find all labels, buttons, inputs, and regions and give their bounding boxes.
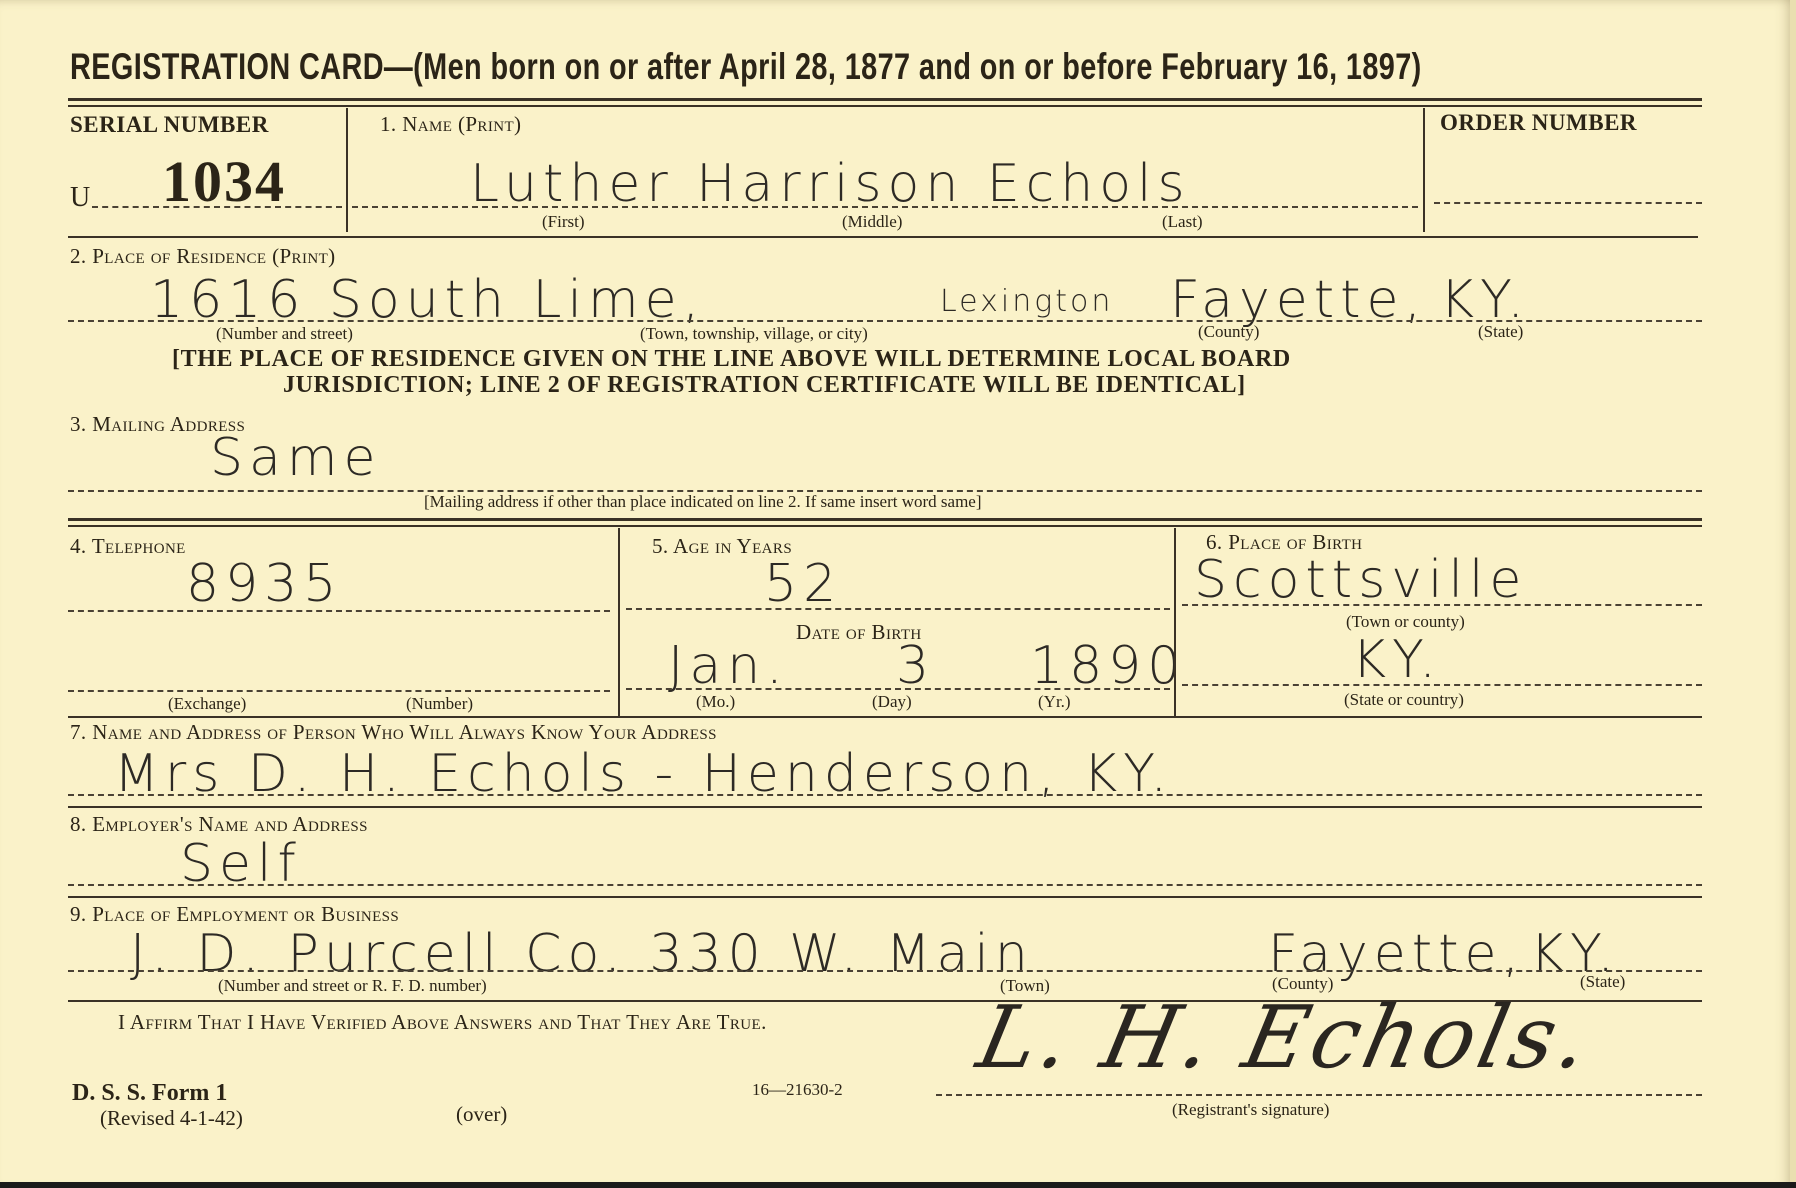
- serial-prefix: U: [70, 182, 90, 214]
- telephone-label: 4. Telephone: [70, 534, 186, 559]
- serial-number-label: SERIAL NUMBER: [70, 112, 269, 138]
- dob-day[interactable]: 3: [896, 636, 935, 696]
- residence-town-caption: (Town, township, village, or city): [640, 324, 868, 344]
- card-edge: [1790, 0, 1796, 1188]
- telephone-line: [68, 610, 610, 612]
- dob-year[interactable]: 1890: [1030, 636, 1186, 696]
- print-code: 16—21630-2: [752, 1080, 843, 1100]
- divider: [618, 528, 620, 716]
- birthplace-town-caption: (Town or county): [1346, 612, 1465, 632]
- employment-street-caption: (Number and street or R. F. D. number): [218, 976, 487, 996]
- form-number: D. S. S. Form 1: [72, 1080, 227, 1107]
- contact-label: 7. Name and Address of Person Who Will A…: [70, 720, 717, 745]
- divider: [68, 806, 1702, 808]
- name-last-caption: (Last): [1162, 212, 1203, 232]
- divider: [346, 108, 348, 232]
- telephone-exchange-caption: (Exchange): [168, 694, 246, 714]
- telephone-line-2: [68, 690, 610, 692]
- residence-county-caption: (County): [1198, 322, 1259, 342]
- telephone-number-caption: (Number): [406, 694, 473, 714]
- divider: [68, 236, 1698, 238]
- affirmation-text: I Affirm That I Have Verified Above Answ…: [118, 1010, 767, 1035]
- divider: [68, 518, 1702, 521]
- order-number-line[interactable]: [1434, 202, 1702, 204]
- birthplace-town-line: [1182, 604, 1702, 606]
- mailing-note: [Mailing address if other than place ind…: [424, 492, 982, 512]
- divider: [68, 105, 1702, 107]
- dob-line: [626, 688, 1170, 690]
- birthplace-state-caption: (State or country): [1344, 690, 1464, 710]
- mailing-value[interactable]: Same: [210, 428, 382, 488]
- dob-day-caption: (Day): [872, 692, 912, 712]
- dob-month[interactable]: Jan.: [668, 636, 789, 696]
- dob-month-caption: (Mo.): [696, 692, 735, 712]
- divider: [68, 896, 1702, 898]
- divider: [1174, 528, 1176, 716]
- divider: [68, 98, 1702, 101]
- signature-line: [936, 1094, 1702, 1096]
- divider: [1423, 108, 1425, 232]
- serial-line: [92, 206, 342, 208]
- residence-label: 2. Place of Residence (Print): [70, 244, 336, 269]
- name-first-caption: (First): [542, 212, 585, 232]
- birthplace-state[interactable]: KY.: [1352, 630, 1442, 690]
- form-revised: (Revised 4-1-42): [100, 1106, 243, 1131]
- residence-notice-line2: JURISDICTION; LINE 2 OF REGISTRATION CER…: [283, 372, 1246, 399]
- name-line: [352, 206, 1418, 208]
- divider: [68, 525, 1702, 527]
- residence-town[interactable]: Lexington: [940, 284, 1113, 319]
- birthplace-town[interactable]: Scottsville: [1194, 550, 1527, 610]
- age-value[interactable]: 52: [764, 554, 842, 614]
- name-middle-caption: (Middle): [842, 212, 902, 232]
- contact-line: [68, 794, 1702, 796]
- dob-year-caption: (Yr.): [1038, 692, 1071, 712]
- registrant-signature[interactable]: L. H. Echols.: [969, 988, 1601, 1088]
- name-value[interactable]: Luther Harrison Echols: [470, 154, 1191, 214]
- over-note: (over): [456, 1102, 507, 1127]
- name-label: 1. Name (Print): [380, 112, 521, 137]
- employer-line: [68, 884, 1702, 886]
- employment-line: [68, 970, 1702, 972]
- residence-state-caption: (State): [1478, 322, 1523, 342]
- age-line: [626, 608, 1170, 610]
- order-number-label: ORDER NUMBER: [1440, 110, 1637, 136]
- card-edge: [0, 1182, 1796, 1188]
- birthplace-state-line: [1182, 684, 1702, 686]
- serial-number-value: 1034: [162, 148, 286, 215]
- telephone-value[interactable]: 8935: [186, 554, 342, 614]
- signature-caption: (Registrant's signature): [1172, 1100, 1329, 1120]
- residence-notice-line1: [THE PLACE OF RESIDENCE GIVEN ON THE LIN…: [172, 346, 1291, 373]
- residence-street-caption: (Number and street): [216, 324, 353, 344]
- employment-value[interactable]: J. D. Purcell Co. 330 W. Main: [130, 924, 1034, 984]
- divider: [68, 716, 1702, 718]
- registration-card: REGISTRATION CARD—(Men born on or after …: [0, 0, 1790, 1185]
- card-title: REGISTRATION CARD—(Men born on or after …: [70, 46, 1422, 88]
- residence-line: [68, 320, 1702, 322]
